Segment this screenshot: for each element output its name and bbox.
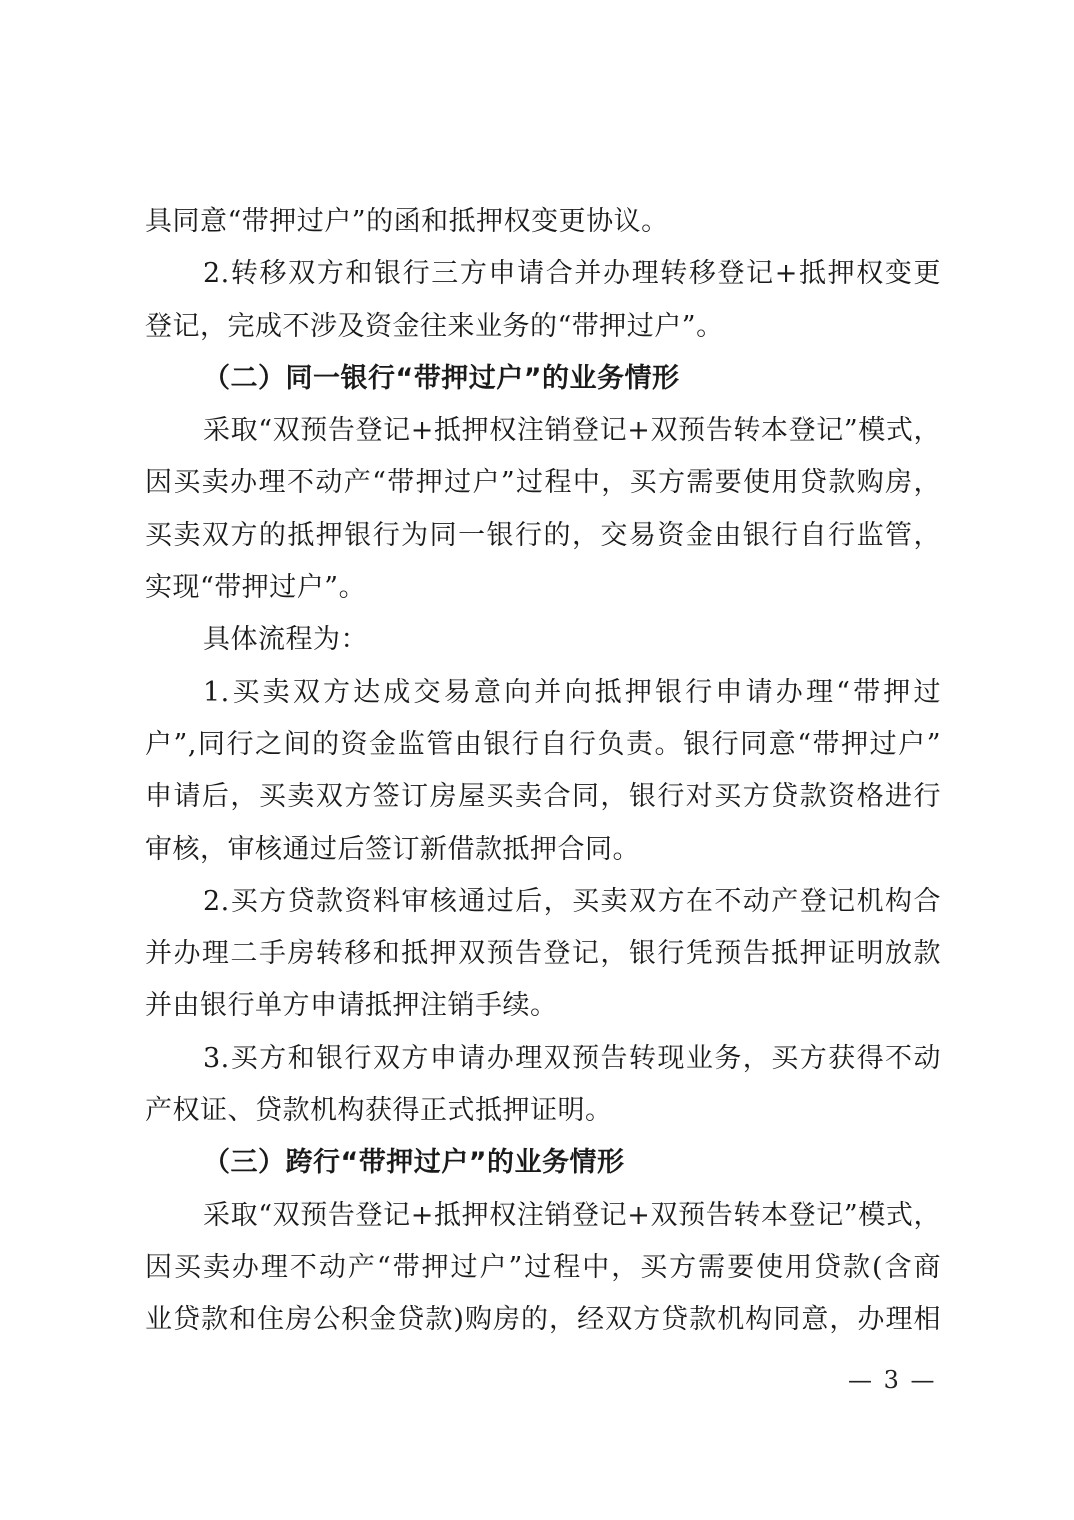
paragraph-line: 户”,同行之间的资金监管由银行自行负责。银行同意“带押过户” bbox=[145, 719, 941, 771]
list-item-3-line: 3.买方和银行双方申请办理双预告转现业务，买方获得不动 bbox=[145, 1033, 941, 1085]
paragraph-line: 业贷款和住房公积金贷款)购房的，经双方贷款机构同意，办理相 bbox=[145, 1294, 941, 1346]
paragraph-line: 申请后，买卖双方签订房屋买卖合同，银行对买方贷款资格进行 bbox=[145, 771, 941, 823]
list-item-2-line: 2.买方贷款资料审核通过后，买卖双方在不动产登记机构合 bbox=[145, 876, 941, 928]
list-item-2-line: 2.转移双方和银行三方申请合并办理转移登记+抵押权变更 bbox=[145, 248, 941, 300]
paragraph-line: 审核，审核通过后签订新借款抵押合同。 bbox=[145, 824, 941, 876]
paragraph-line: 因买卖办理不动产“带押过户”过程中，买方需要使用贷款购房， bbox=[145, 457, 941, 509]
list-item-1-line: 1.买卖双方达成交易意向并向抵押银行申请办理“带押过 bbox=[145, 667, 941, 719]
paragraph-line: 并办理二手房转移和抵押双预告登记，银行凭预告抵押证明放款 bbox=[145, 928, 941, 980]
paragraph-line: 并由银行单方申请抵押注销手续。 bbox=[145, 980, 941, 1032]
document-page-body: 具同意“带押过户”的函和抵押权变更协议。 2.转移双方和银行三方申请合并办理转移… bbox=[145, 196, 941, 1347]
paragraph-line: 因买卖办理不动产“带押过户”过程中，买方需要使用贷款(含商 bbox=[145, 1242, 941, 1294]
process-intro: 具体流程为： bbox=[145, 614, 941, 666]
paragraph-line: 采取“双预告登记+抵押权注销登记+双预告转本登记”模式， bbox=[145, 1190, 941, 1242]
section-heading-3: （三）跨行“带押过户”的业务情形 bbox=[145, 1137, 941, 1189]
paragraph-line: 采取“双预告登记+抵押权注销登记+双预告转本登记”模式， bbox=[145, 405, 941, 457]
paragraph-line: 实现“带押过户”。 bbox=[145, 562, 941, 614]
paragraph-line: 买卖双方的抵押银行为同一银行的，交易资金由银行自行监管， bbox=[145, 510, 941, 562]
paragraph-line: 产权证、贷款机构获得正式抵押证明。 bbox=[145, 1085, 941, 1137]
section-heading-2: （二）同一银行“带押过户”的业务情形 bbox=[145, 353, 941, 405]
page-number: — 3 — bbox=[848, 1366, 937, 1394]
paragraph-line: 具同意“带押过户”的函和抵押权变更协议。 bbox=[145, 196, 941, 248]
paragraph-line: 登记，完成不涉及资金往来业务的“带押过户”。 bbox=[145, 301, 941, 353]
